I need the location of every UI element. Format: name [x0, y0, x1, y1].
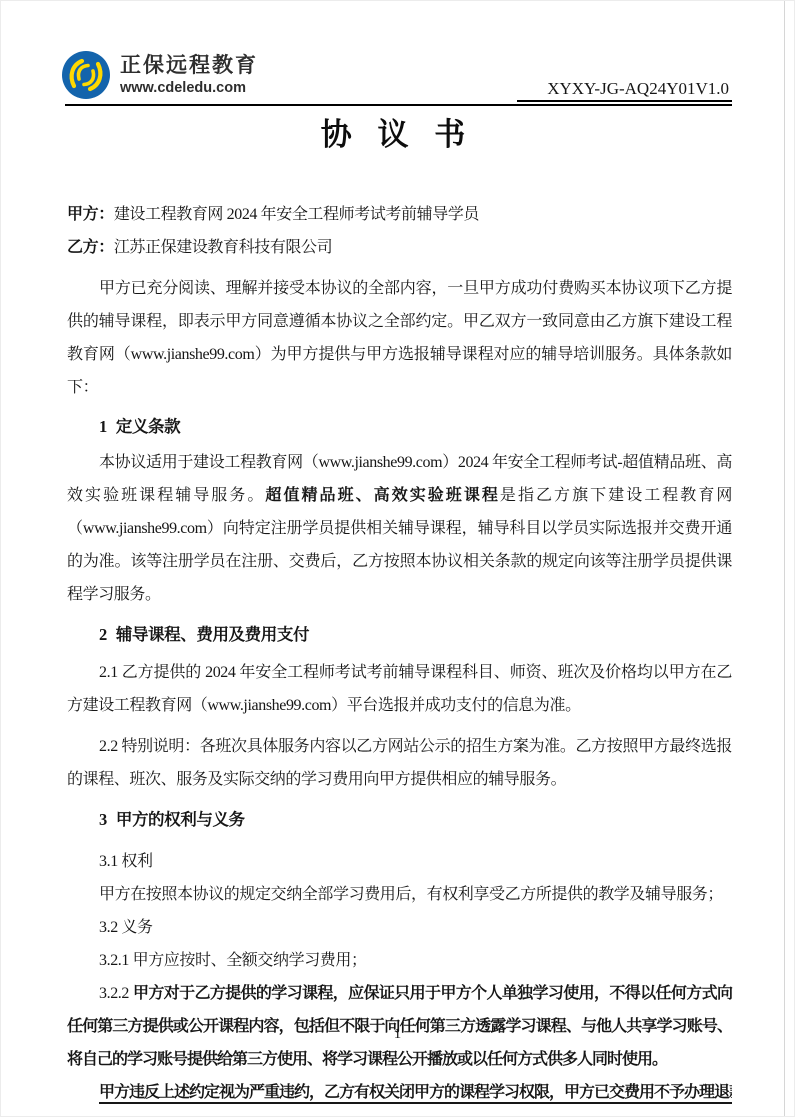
section-1-number: 1 [99, 417, 107, 436]
section-3-heading: 3甲方的权利与义务 [67, 803, 732, 837]
definitions-paragraph: 本协议适用于建设工程教育网（www.jianshe99.com）2024 年安全… [67, 446, 732, 611]
section-2-number: 2 [99, 625, 107, 644]
page-right-edge-line [784, 1, 785, 1116]
party-a-line: 甲方：建设工程教育网 2024 年安全工程师考试考前辅导学员 [67, 198, 732, 231]
party-a-label: 甲方： [67, 206, 114, 223]
clause-2-2: 2.2 特别说明：各班次具体服务内容以乙方网站公示的招生方案为准。乙方按照甲方最… [67, 730, 732, 796]
clause-3-2: 3.2 义务 [67, 911, 732, 944]
breach-warning-text: 甲方违反上述约定视为严重违约，乙方有权关闭甲方的课程学习权限，甲方已交费用不予办… [99, 1084, 732, 1101]
section-3-title: 甲方的权利与义务 [116, 811, 245, 829]
party-b-line: 乙方：江苏正保建设教育科技有限公司 [67, 231, 732, 264]
section-1-title: 定义条款 [116, 418, 180, 436]
clause-3-1: 3.1 权利 [67, 845, 732, 878]
section-1-heading: 1定义条款 [67, 410, 732, 444]
section-3-number: 3 [99, 810, 107, 829]
document-body: 甲方：建设工程教育网 2024 年安全工程师考试考前辅导学员 乙方：江苏正保建设… [67, 162, 732, 1109]
party-b-value: 江苏正保建设教育科技有限公司 [114, 239, 332, 256]
intro-paragraph: 甲方已充分阅读、理解并接受本协议的全部内容，一旦甲方成功付费购买本协议项下乙方提… [67, 272, 732, 404]
document-page: 正保远程教育 www.cdeledu.com XYXY-JG-AQ24Y01V1… [0, 0, 795, 1117]
clause-3-2-2-number: 3.2.2 [99, 985, 133, 1002]
section-2-heading: 2辅导课程、费用及费用支付 [67, 618, 732, 652]
brand-text-block: 正保远程教育 www.cdeledu.com [120, 54, 258, 97]
breach-warning: 甲方违反上述约定视为严重违约，乙方有权关闭甲方的课程学习权限，甲方已交费用不予办… [67, 1076, 732, 1109]
brand-name: 正保远程教育 [120, 54, 258, 78]
document-header: 正保远程教育 www.cdeledu.com XYXY-JG-AQ24Y01V1… [65, 1, 732, 106]
section-2-title: 辅导课程、费用及费用支付 [116, 626, 309, 644]
cdel-swirl-icon [61, 50, 111, 100]
page-title: 协 议 书 [1, 112, 794, 158]
course-name-bold: 超值精品班、高效实验班课程 [265, 487, 500, 504]
definitions-text-2: 是指乙方旗下建设工程教育网（www.jianshe99.com）向特定注册学员提… [67, 487, 732, 603]
doc-code: XYXY-JG-AQ24Y01V1.0 [517, 79, 732, 102]
clause-2-1: 2.1 乙方提供的 2024 年安全工程师考试考前辅导课程科目、师资、班次及价格… [67, 656, 732, 722]
page-number: 1 [1, 1024, 794, 1044]
party-a-value: 建设工程教育网 2024 年安全工程师考试考前辅导学员 [114, 206, 479, 223]
clause-3-2-1: 3.2.1 甲方应按时、全额交纳学习费用； [67, 944, 732, 977]
clause-3-1-body: 甲方在按照本协议的规定交纳全部学习费用后，有权利享受乙方所提供的教学及辅导服务； [67, 878, 732, 911]
brand-website: www.cdeledu.com [120, 80, 258, 97]
party-b-label: 乙方： [67, 239, 114, 256]
brand-logo: 正保远程教育 www.cdeledu.com [61, 50, 258, 100]
